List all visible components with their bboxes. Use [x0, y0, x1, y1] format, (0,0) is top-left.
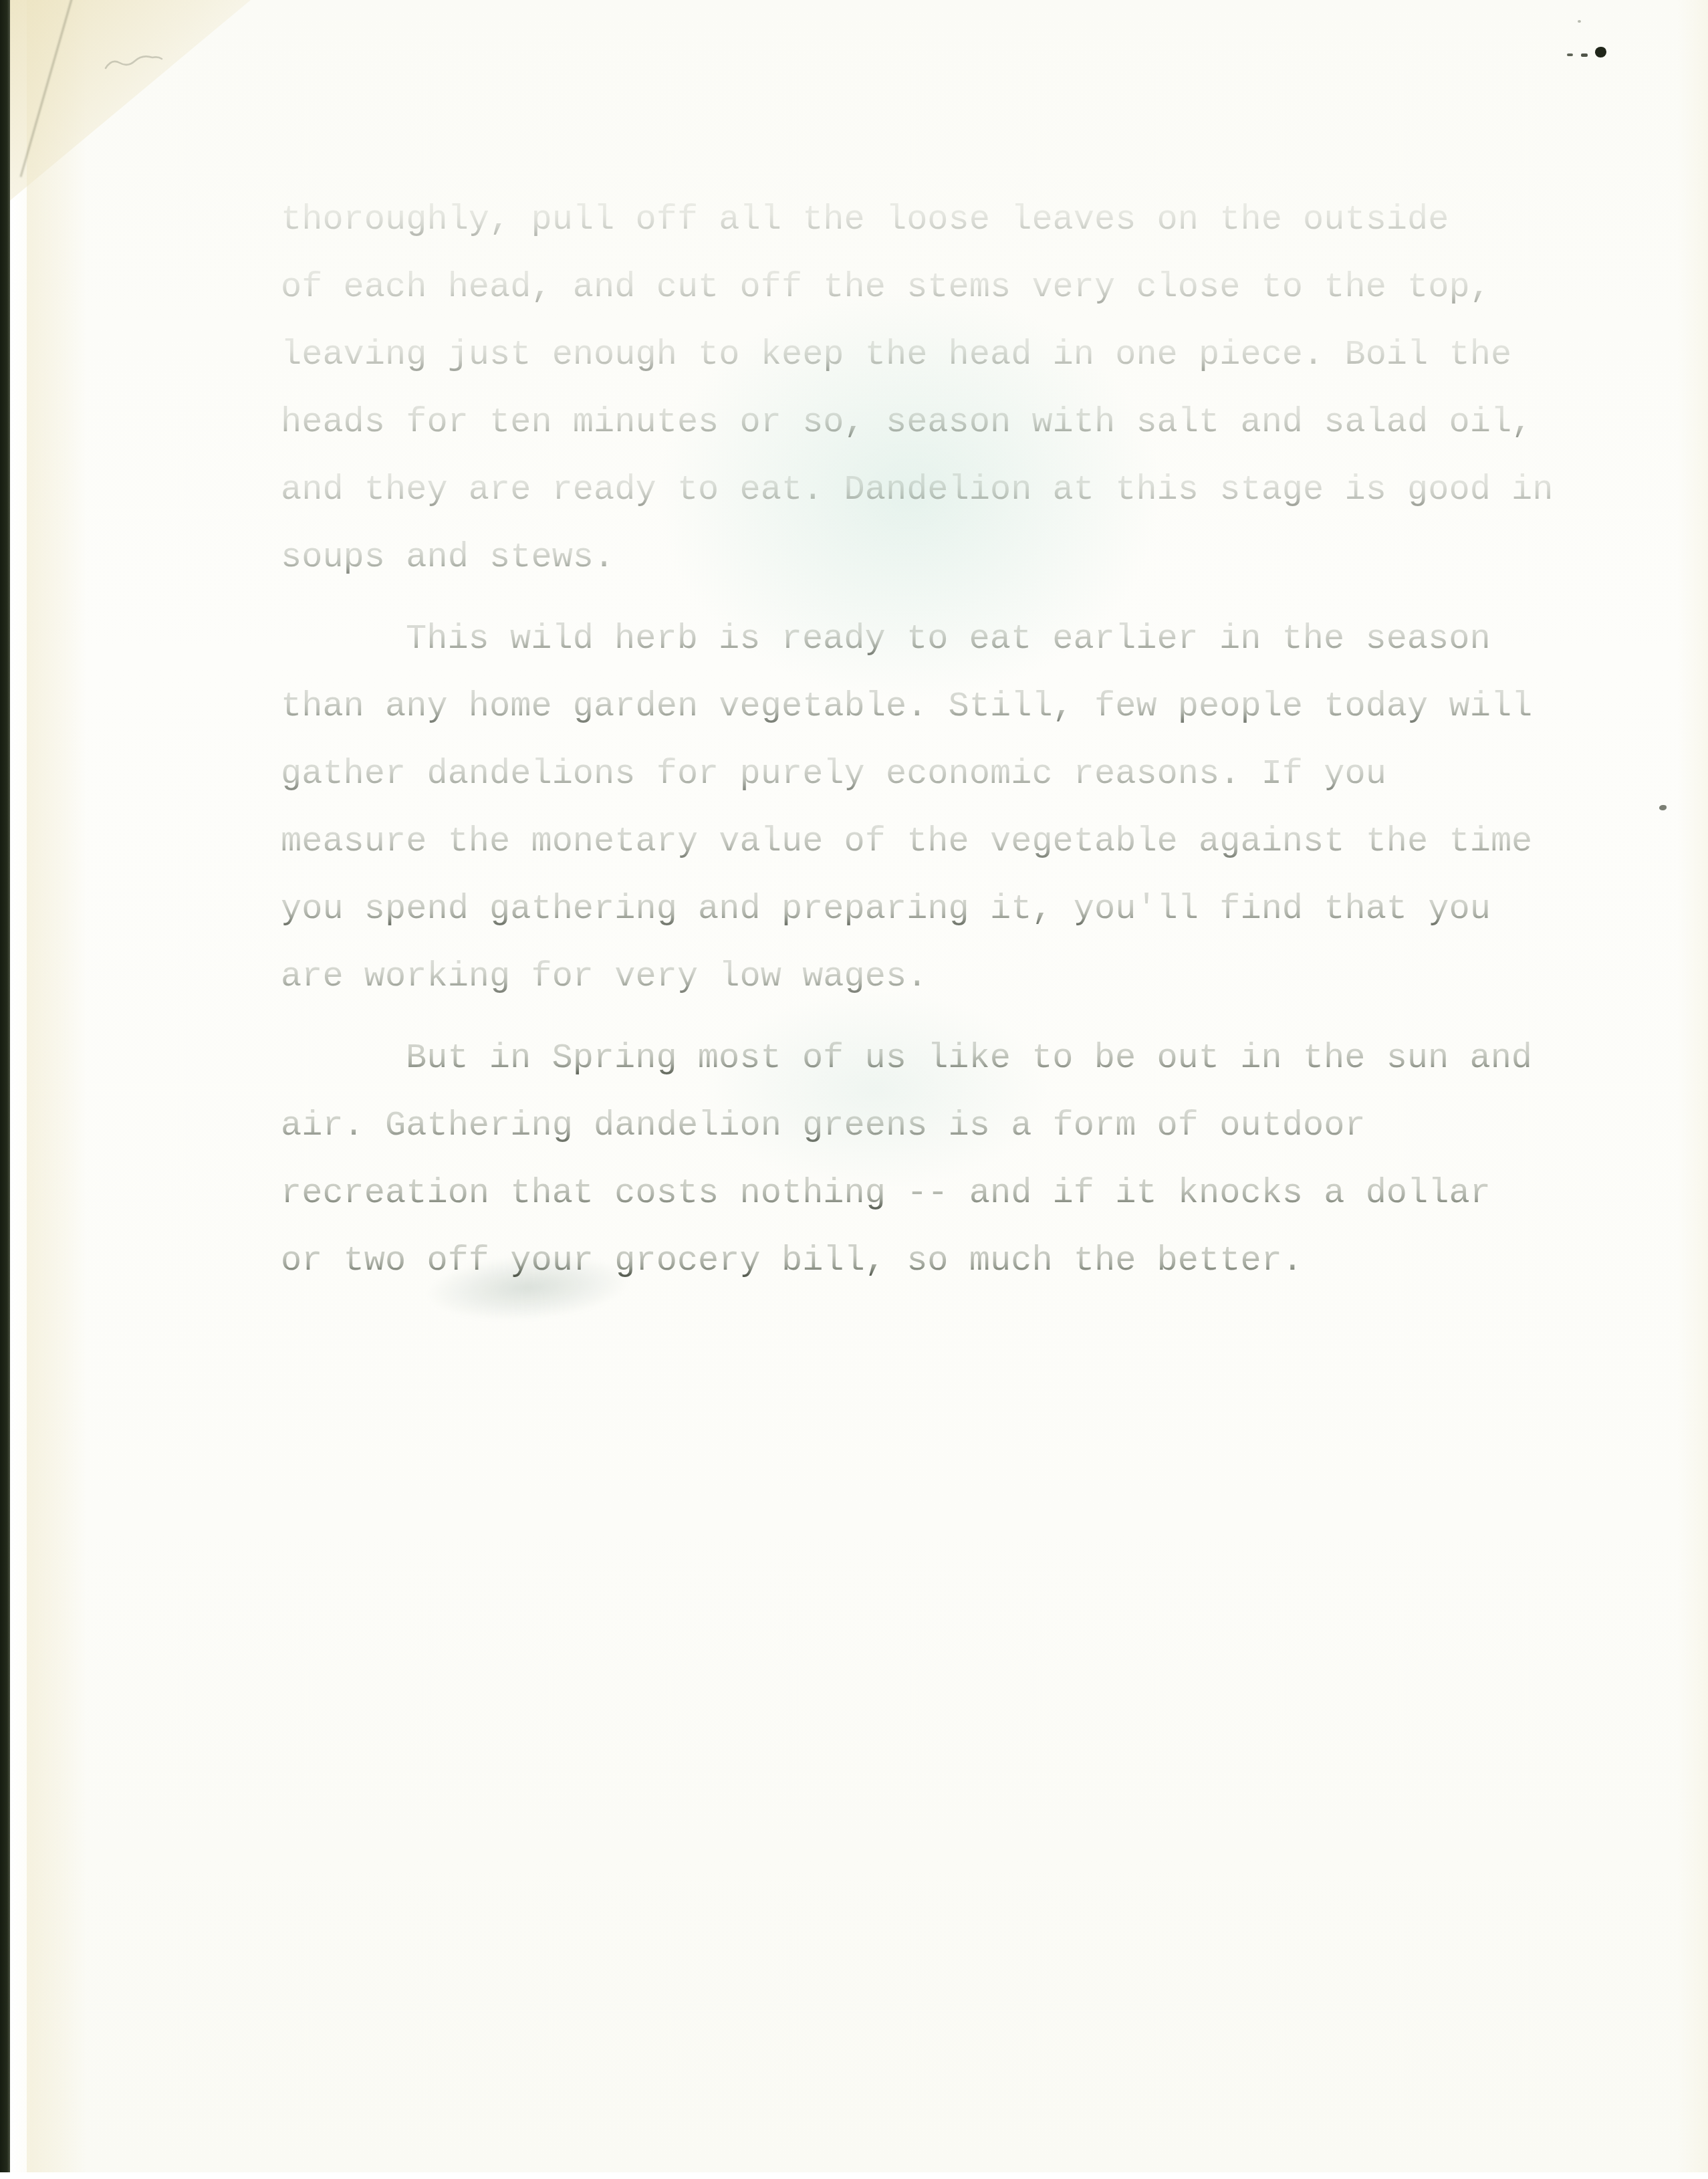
- typewritten-line: heads for ten minutes or so, season with…: [281, 388, 1604, 456]
- ink-speck: [1578, 20, 1581, 23]
- ink-speck: [1659, 805, 1667, 810]
- typewritten-line: are working for very low wages.: [281, 943, 1604, 1010]
- typewritten-line: you spend gathering and preparing it, yo…: [281, 875, 1604, 943]
- paper-right-discoloration: [1678, 0, 1708, 2179]
- ink-speck: [1581, 53, 1588, 57]
- typewritten-text: thoroughly, pull off all the loose leave…: [281, 186, 1604, 1294]
- typewritten-line: and they are ready to eat. Dandelion at …: [281, 456, 1604, 524]
- typewritten-line: air. Gathering dandelion greens is a for…: [281, 1092, 1604, 1159]
- scan-bottom-edge: [0, 2172, 1708, 2179]
- ink-speck: [1567, 53, 1573, 56]
- scan-left-edge-bar: [0, 0, 10, 2179]
- typewritten-line: measure the monetary value of the vegeta…: [281, 808, 1604, 875]
- ink-speck: [1595, 47, 1606, 58]
- typewritten-line: gather dandelions for purely economic re…: [281, 740, 1604, 808]
- typewritten-line: This wild herb is ready to eat earlier i…: [281, 605, 1604, 673]
- paragraph-3: But in Spring most of us like to be out …: [281, 1024, 1604, 1294]
- typewritten-line: thoroughly, pull off all the loose leave…: [281, 186, 1604, 253]
- typewritten-line: recreation that costs nothing -- and if …: [281, 1159, 1604, 1227]
- paper-corner-discoloration: [10, 0, 251, 201]
- typewritten-line: than any home garden vegetable. Still, f…: [281, 673, 1604, 740]
- typewritten-line: soups and stews.: [281, 524, 1604, 591]
- typewritten-line: leaving just enough to keep the head in …: [281, 321, 1604, 388]
- paragraph-2: This wild herb is ready to eat earlier i…: [281, 605, 1604, 1010]
- scanned-typewritten-page: thoroughly, pull off all the loose leave…: [0, 0, 1708, 2179]
- pencil-mark: [104, 52, 167, 75]
- paper-left-discoloration: [27, 0, 87, 2179]
- typewritten-line: of each head, and cut off the stems very…: [281, 253, 1604, 321]
- ink-specks-top-right: [1567, 41, 1614, 68]
- typewritten-line: But in Spring most of us like to be out …: [281, 1024, 1604, 1092]
- typewritten-line: or two off your grocery bill, so much th…: [281, 1227, 1604, 1294]
- paragraph-1: thoroughly, pull off all the loose leave…: [281, 186, 1604, 591]
